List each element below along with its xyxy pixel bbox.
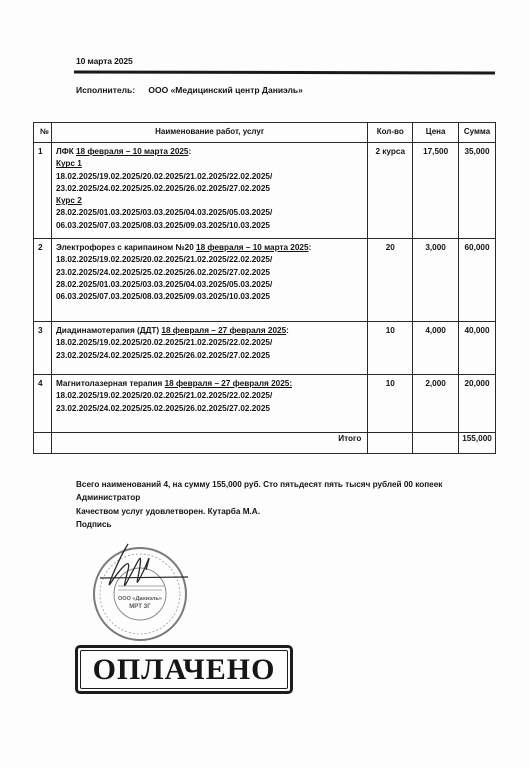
executor-line: Исполнитель: ООО «Медицинский центр Дани… (76, 85, 303, 95)
table-row: 1 ЛФК 18 февраля – 10 марта 2025: Курс 1… (34, 143, 496, 239)
service-period: 18 февраля – 27 февраля 2025: (165, 379, 292, 388)
service-suffix: : (286, 326, 289, 335)
row-service: Диадинамотерапия (ДДТ) 18 февраля – 27 ф… (51, 322, 367, 375)
row-qty: 20 (368, 239, 413, 322)
service-title: Электрофорез с карипаином №20 (56, 243, 196, 252)
row-service: Электрофорез с карипаином №20 18 февраля… (51, 239, 367, 322)
dates-line: 18.02.2025/19.02.2025/20.02.2025/21.02.2… (56, 390, 363, 402)
row-price: 2,000 (413, 375, 459, 433)
executor-label: Исполнитель: (76, 85, 146, 95)
row-price: 4,000 (413, 322, 459, 375)
table-header-row: № Наименование работ, услуг Кол-во Цена … (34, 123, 496, 143)
seal-text-2: МРТ ЗГ (129, 604, 151, 610)
total-empty-cell (34, 433, 52, 454)
table-row: 4 Магнитолазерная терапия 18 февраля – 2… (34, 375, 496, 433)
header-divider (74, 70, 495, 74)
paid-stamp-inner: ОПЛАЧЕНО (80, 650, 288, 689)
service-suffix: : (309, 243, 312, 252)
course-label: Курс 2 (56, 195, 363, 207)
total-label: Итого (51, 433, 367, 454)
table-row: 3 Диадинамотерапия (ДДТ) 18 февраля – 27… (34, 322, 496, 375)
row-sum: 60,000 (459, 239, 496, 322)
service-period: 18 февраля – 27 февраля 2025 (161, 326, 286, 335)
header-qty: Кол-во (368, 123, 413, 143)
dates-line: 18.02.2025/19.02.2025/20.02.2025/21.02.2… (56, 254, 363, 266)
row-qty: 2 курса (368, 143, 413, 239)
dates-line: 06.03.2025/07.03.2025/08.03.2025/09.03.2… (56, 220, 363, 232)
summary-signature-label: Подпись (76, 518, 442, 531)
header-sum: Сумма (459, 123, 496, 143)
row-no: 2 (34, 239, 52, 322)
row-price: 17,500 (413, 143, 459, 239)
dates-line: 23.02.2025/24.02.2025/25.02.2025/26.02.2… (56, 403, 363, 415)
total-empty-cell (413, 433, 459, 454)
invoice-page: 10 марта 2025 Исполнитель: ООО «Медицинс… (0, 0, 529, 768)
dates-line: 18.02.2025/19.02.2025/20.02.2025/21.02.2… (56, 171, 363, 183)
row-service: Магнитолазерная терапия 18 февраля – 27 … (51, 375, 367, 433)
summary-total-words: Всего наименований 4, на сумму 155,000 р… (76, 478, 442, 491)
total-empty-cell (368, 433, 413, 454)
document-date: 10 марта 2025 (76, 56, 133, 66)
dates-line: 06.03.2025/07.03.2025/08.03.2025/09.03.2… (56, 291, 363, 303)
services-table: № Наименование работ, услуг Кол-во Цена … (33, 122, 496, 454)
row-service: ЛФК 18 февраля – 10 марта 2025: Курс 1 1… (51, 143, 367, 239)
row-sum: 35,000 (459, 143, 496, 239)
summary-block: Всего наименований 4, на сумму 155,000 р… (76, 478, 442, 532)
total-sum: 155,000 (459, 433, 496, 454)
company-seal-icon: ООО «Даниэль» МРТ ЗГ (88, 540, 192, 644)
seal-text-1: ООО «Даниэль» (118, 596, 162, 602)
dates-line: 18.02.2025/19.02.2025/20.02.2025/21.02.2… (56, 337, 363, 349)
row-sum: 20,000 (459, 375, 496, 433)
header-name: Наименование работ, услуг (51, 123, 367, 143)
row-qty: 10 (368, 322, 413, 375)
header-no: № (34, 123, 52, 143)
row-qty: 10 (368, 375, 413, 433)
table-row: 2 Электрофорез с карипаином №20 18 февра… (34, 239, 496, 322)
service-title: Магнитолазерная терапия (56, 379, 165, 388)
summary-role: Администратор (76, 491, 442, 504)
row-no: 4 (34, 375, 52, 433)
service-period: 18 февраля – 10 марта 2025 (196, 243, 309, 252)
service-period: 18 февраля – 10 марта 2025 (76, 147, 189, 156)
dates-line: 23.02.2025/24.02.2025/25.02.2025/26.02.2… (56, 350, 363, 362)
dates-line: 23.02.2025/24.02.2025/25.02.2025/26.02.2… (56, 267, 363, 279)
row-no: 3 (34, 322, 52, 375)
service-title: Диадинамотерапия (ДДТ) (56, 326, 161, 335)
executor-value: ООО «Медицинский центр Даниэль» (148, 85, 303, 95)
course-label: Курс 1 (56, 158, 363, 170)
dates-line: 23.02.2025/24.02.2025/25.02.2025/26.02.2… (56, 183, 363, 195)
dates-line: 28.02.2025/01.03.2025/03.03.2025/04.03.2… (56, 207, 363, 219)
summary-satisfaction: Качеством услуг удовлетворен. Кутарба М.… (76, 505, 442, 518)
paid-stamp: ОПЛАЧЕНО (75, 645, 293, 694)
service-suffix: : (188, 147, 191, 156)
row-price: 3,000 (413, 239, 459, 322)
header-price: Цена (413, 123, 459, 143)
row-sum: 40,000 (459, 322, 496, 375)
paid-stamp-text: ОПЛАЧЕНО (93, 653, 276, 687)
total-row: Итого 155,000 (34, 433, 496, 454)
dates-line: 28.02.2025/01.03.2025/03.03.2025/04.03.2… (56, 279, 363, 291)
row-no: 1 (34, 143, 52, 239)
service-title: ЛФК (56, 147, 76, 156)
